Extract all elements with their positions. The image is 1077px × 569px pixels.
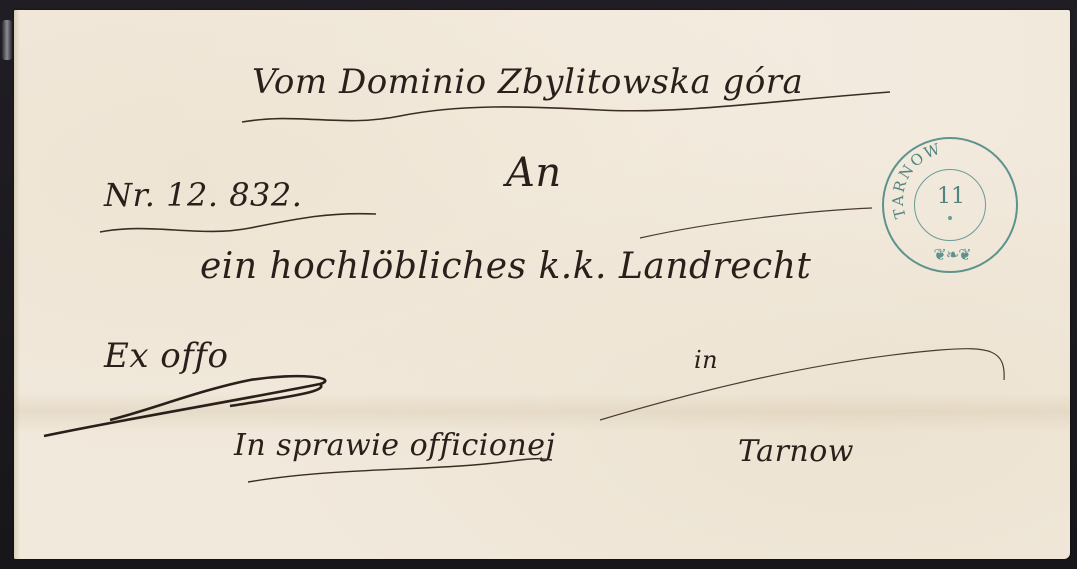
official-note: In sprawie officionej bbox=[234, 428, 555, 463]
reference-number: Nr. 12. 832. bbox=[104, 176, 302, 214]
recipient-line: ein hochlöbliches k.k. Landrecht bbox=[200, 246, 811, 287]
salutation: An bbox=[506, 150, 562, 196]
destination-city: Tarnow bbox=[738, 434, 854, 469]
service-mark-ex-offo: Ex offo bbox=[104, 336, 228, 376]
postmark-inner-circle: 11 bbox=[914, 169, 986, 241]
postmark-tarnow: TARNOW 11 ❦❧❦ bbox=[882, 137, 1018, 273]
paper-edge bbox=[14, 10, 20, 559]
postmark-dot bbox=[948, 216, 952, 220]
sender-line: Vom Dominio Zbylitowska góra bbox=[252, 62, 803, 102]
postmark-day: 11 bbox=[915, 184, 987, 209]
preposition: in bbox=[694, 346, 718, 374]
fold-crease bbox=[14, 393, 1070, 433]
postmark-ornament-icon: ❦❧❦ bbox=[916, 245, 988, 267]
protective-sleeve-glint bbox=[2, 20, 12, 60]
